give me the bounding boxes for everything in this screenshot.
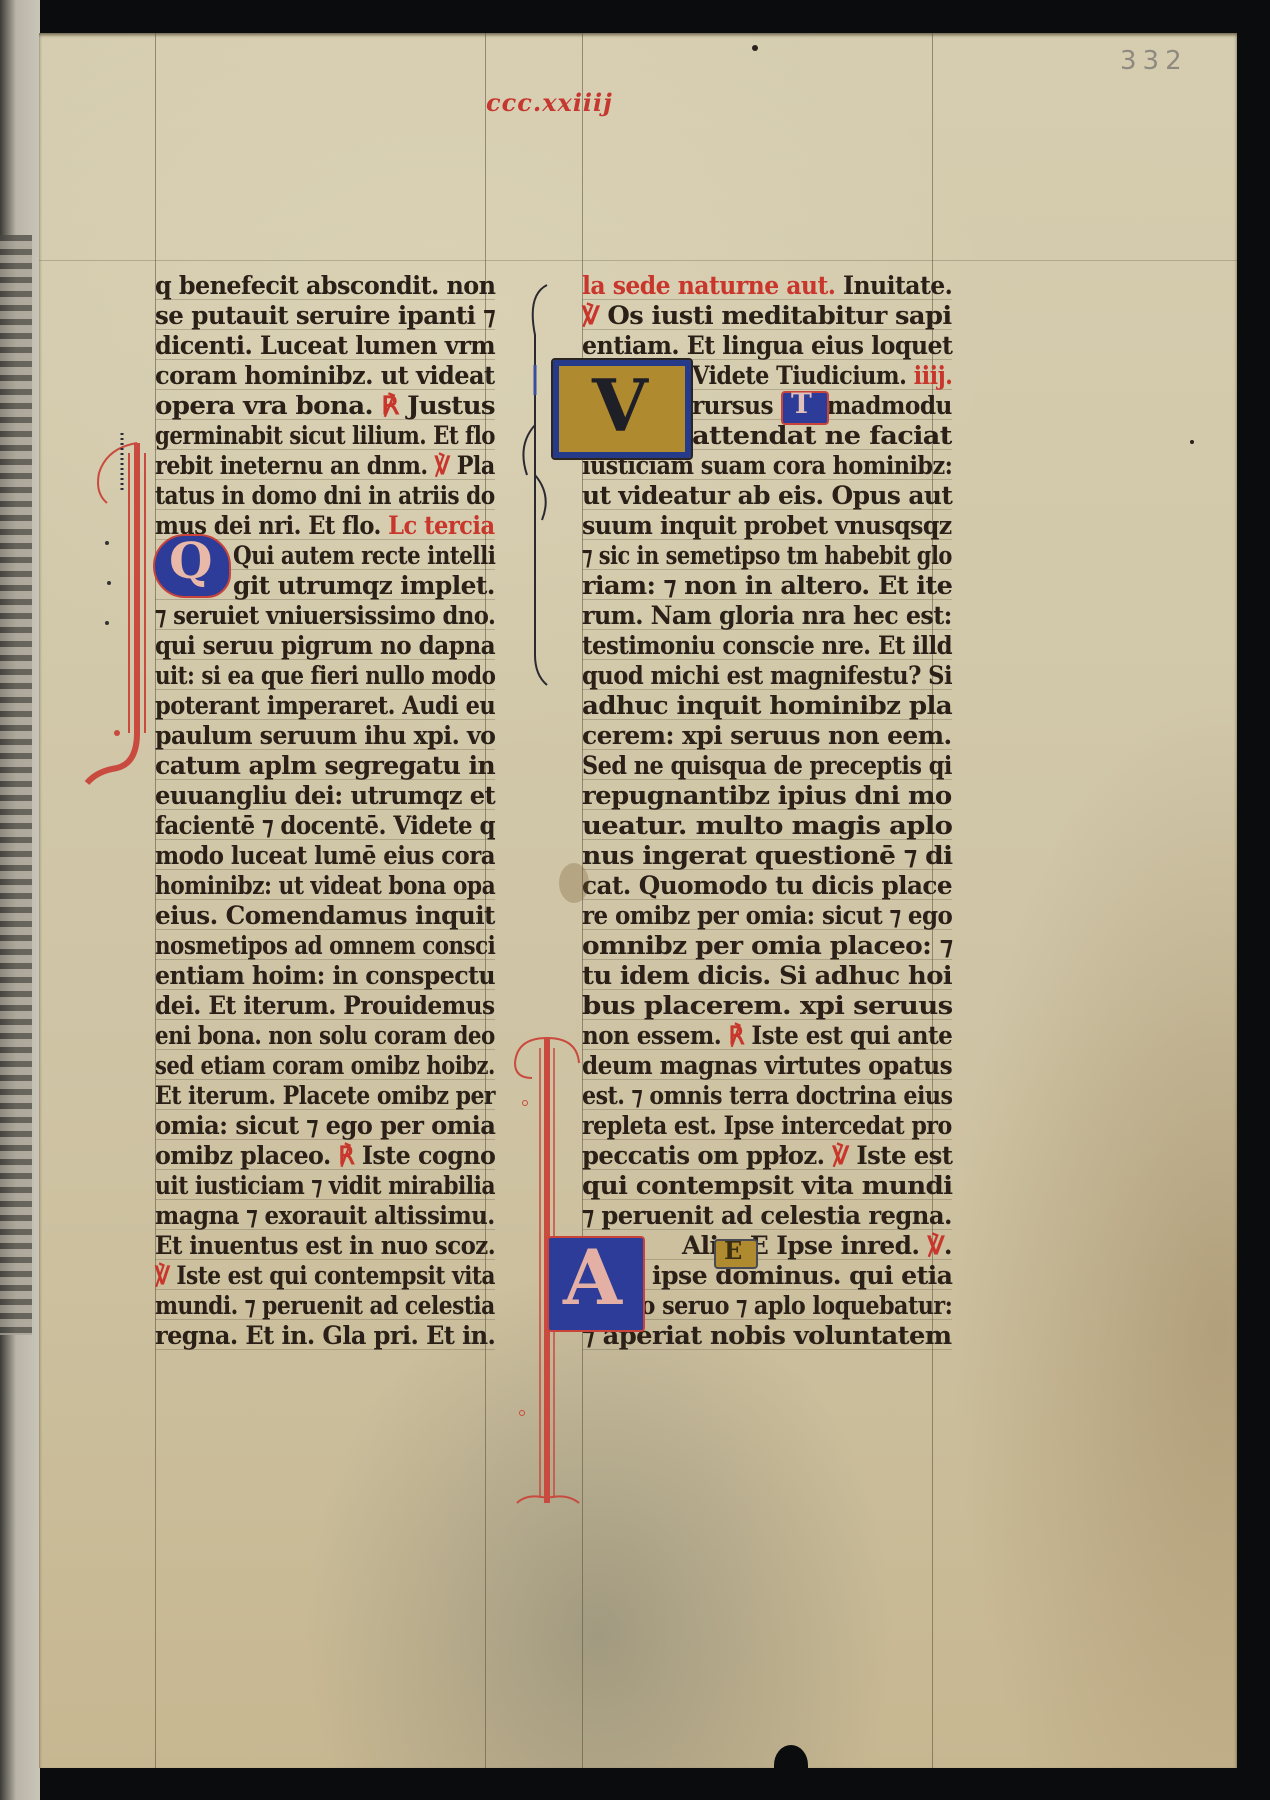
line-text: opera vra bona. — [155, 391, 381, 420]
line-text: ipse dominus. qui etia — [652, 1261, 952, 1290]
manuscript-line: ueatur. multo magis aplo — [582, 809, 952, 843]
manuscript-line: riam: ⁊ non in altero. Et ite — [582, 569, 952, 603]
line-text: omnibz per omia placeo: ⁊ — [582, 931, 952, 960]
line-text: poterant imperaret. Audi eu — [155, 691, 495, 720]
line-text: ⁊ seruiet vniuersissimo dno. — [155, 601, 495, 630]
manuscript-line: git utrumqz implet. — [233, 569, 495, 603]
manuscript-line: repleta est. Ipse intercedat pro — [582, 1109, 952, 1143]
rubric-mark: ℣ — [155, 1261, 169, 1290]
manuscript-line: suum inquit probet vnusqsqz — [582, 509, 952, 543]
ink-penwork-flourish-right — [517, 275, 557, 695]
line-text: se putauit seruire ipanti ⁊ — [155, 301, 495, 330]
line-text: suum inquit probet vnusqsqz — [582, 511, 952, 540]
manuscript-line: uit iusticiam ⁊ vidit mirabilia — [155, 1169, 495, 1203]
line-text: cerem: xpi seruus non eem. — [582, 721, 952, 750]
line-text: peccatis om ppłoz. — [582, 1141, 832, 1170]
manuscript-line: modo luceat lumē eius cora — [155, 839, 495, 873]
line-text: omia: sicut ⁊ ego per omia — [155, 1111, 495, 1140]
adjacent-folio-edge — [0, 0, 40, 1800]
line-text: tatus in domo dni in atriis do — [155, 481, 495, 510]
manuscript-line: Qui autem recte intelli — [233, 539, 495, 573]
manuscript-line: se putauit seruire ipanti ⁊ — [155, 299, 495, 333]
line-text: magna ⁊ exorauit altissimu. — [155, 1201, 495, 1230]
line-text: Sed ne quisqua de preceptis qi — [582, 751, 952, 780]
manuscript-line: paulum seruum ihu xpi. vo — [155, 719, 495, 753]
line-text: paulum seruum ihu xpi. vo — [155, 721, 495, 750]
manuscript-line: est. ⁊ omnis terra doctrina eius — [582, 1079, 952, 1113]
line-text: entiam. Et lingua eius loquet — [582, 331, 952, 360]
manuscript-line: Videte Tiudicium. iiij. — [692, 359, 952, 393]
manuscript-line: poterant imperaret. Audi eu — [155, 689, 495, 723]
line-text: modo luceat lumē eius cora — [155, 841, 495, 870]
initial-a-letter: A — [563, 1233, 622, 1322]
manuscript-line: omnibz per omia placeo: ⁊ — [582, 929, 952, 963]
manuscript-line: eni bona. non solu coram deo — [155, 1019, 495, 1053]
manuscript-line: Et iterum. Placete omibz per — [155, 1079, 495, 1113]
line-text: euuangliu dei: utrumqz et — [155, 781, 495, 810]
manuscript-line: dei. Et iterum. Prouidemus — [155, 989, 495, 1023]
line-text: . — [944, 1231, 952, 1260]
manuscript-line: re omibz per omia: sicut ⁊ ego — [582, 899, 952, 933]
manuscript-line: repugnantibz ipius dni mo — [582, 779, 952, 813]
running-head: ccc.xxiiij — [486, 88, 613, 117]
line-text: regna. Et in. Gla pri. Et in. — [155, 1321, 495, 1350]
line-text: ueatur. multo magis aplo — [582, 811, 952, 840]
manuscript-line: rebit ineternu an dnm. ℣ Pla — [155, 449, 495, 483]
line-text: attendat ne faciat — [692, 421, 952, 450]
line-text: Justus — [399, 391, 495, 420]
line-text: deum magnas virtutes opatus — [582, 1051, 952, 1080]
manuscript-line: ⁊ seruiet vniuersissimo dno. — [155, 599, 495, 633]
line-text: Videte Tiudicium. — [692, 361, 914, 390]
line-text: Qui autem recte intelli — [233, 541, 495, 570]
manuscript-line: deum magnas virtutes opatus — [582, 1049, 952, 1083]
line-text: cat. Quomodo tu dicis place — [582, 871, 952, 900]
manuscript-line: la sede naturne aut. Inuitate. — [582, 269, 952, 303]
manuscript-line: peccatis om ppłoz. ℣ Iste est — [582, 1139, 952, 1173]
line-text: mundi. ⁊ peruenit ad celestia — [155, 1291, 495, 1320]
manuscript-line: uit: si ea que fieri nullo modo — [155, 659, 495, 693]
manuscript-line: tu idem dicis. Si adhuc hoi — [582, 959, 952, 993]
line-text: dicenti. Luceat lumen vrm — [155, 331, 495, 360]
manuscript-line: facientē ⁊ docentē. Videte q — [155, 809, 495, 843]
line-text: repleta est. Ipse intercedat pro — [582, 1111, 952, 1140]
line-text: re omibz per omia: sicut ⁊ ego — [582, 901, 952, 930]
initial-v-letter: V — [592, 363, 648, 448]
line-text: uit: si ea que fieri nullo modo — [155, 661, 495, 690]
manuscript-line: ⁊ peruenit ad celestia regna. — [582, 1199, 952, 1233]
line-text: rebit ineternu an dnm. — [155, 451, 435, 480]
line-text: eius. Comendamus inquit — [155, 901, 495, 930]
rubric-mark: iiij. — [914, 361, 953, 390]
manuscript-line: Et inuentus est in nuo scoz. — [155, 1229, 495, 1263]
manuscript-line: omia: sicut ⁊ ego per omia — [155, 1109, 495, 1143]
manuscript-line: magna ⁊ exorauit altissimu. — [155, 1199, 495, 1233]
left-text-column: q benefecit abscondit. nonse putauit ser… — [155, 269, 495, 1349]
manuscript-line: cat. Quomodo tu dicis place — [582, 869, 952, 903]
line-text: Et iterum. Placete omibz per — [155, 1081, 495, 1110]
line-text: riam: ⁊ non in altero. Et ite — [582, 571, 952, 600]
manuscript-line: opera vra bona. ℟ Justus — [155, 389, 495, 423]
manuscript-line: entiam hoim: in conspectu — [155, 959, 495, 993]
manuscript-line: catum aplm segregatu in — [155, 749, 495, 783]
rubric-mark: Lc tercia — [388, 511, 494, 540]
line-text: uit iusticiam ⁊ vidit mirabilia — [155, 1171, 495, 1200]
manuscript-line: ℣ Os iusti meditabitur sapi — [582, 299, 952, 333]
rubric-mark: ℣ — [435, 451, 450, 480]
initial-e-letter: E — [724, 1236, 742, 1265]
manuscript-line: Sed ne quisqua de preceptis qi — [582, 749, 952, 783]
manuscript-line: regna. Et in. Gla pri. Et in. — [155, 1319, 495, 1353]
manuscript-line: euuangliu dei: utrumqz et — [155, 779, 495, 813]
line-text: Inuitate. — [835, 271, 952, 300]
line-text: repugnantibz ipius dni mo — [582, 781, 952, 810]
ruling-line — [39, 260, 1237, 261]
rubric-mark: ℣ — [927, 1231, 943, 1260]
manuscript-line: adhuc inquit hominibz pla — [582, 689, 952, 723]
rubric-mark: ℣ — [582, 301, 599, 330]
line-text: adhuc inquit hominibz pla — [582, 691, 952, 720]
line-text: testimoniu conscie nre. Et illd — [582, 631, 952, 660]
line-text: sed etiam coram omibz hoibz. — [155, 1051, 495, 1080]
rubric-mark: ℣ — [832, 1141, 848, 1170]
line-text: ⁊ sic in semetipso tm habebit glo — [582, 541, 952, 570]
manuscript-line: mundi. ⁊ peruenit ad celestia — [155, 1289, 495, 1323]
line-text: q benefecit abscondit. non — [155, 271, 495, 300]
line-text: catum aplm segregatu in — [155, 751, 495, 780]
manuscript-folio: 332 ccc.xxiiij q benefecit abscondit. no… — [39, 33, 1237, 1768]
line-text: eni bona. non solu coram deo — [155, 1021, 495, 1050]
line-text: coram hominibz. ut videat — [155, 361, 495, 390]
manuscript-line: testimoniu conscie nre. Et illd — [582, 629, 952, 663]
line-text: Iste est qui ante — [744, 1021, 952, 1050]
line-text: nus ingerat questionē ⁊ di — [582, 841, 952, 870]
rubric-mark: ℟ — [338, 1141, 354, 1170]
line-text: Iste cogno — [354, 1141, 495, 1170]
line-text: facientē ⁊ docentē. Videte q — [155, 811, 495, 840]
line-text: ⁊ peruenit ad celestia regna. — [582, 1201, 952, 1230]
line-text: omibz placeo. — [155, 1141, 338, 1170]
line-text: qui contempsit vita mundi — [582, 1171, 952, 1200]
page-tear — [774, 1745, 808, 1785]
manuscript-line: eius. Comendamus inquit — [155, 899, 495, 933]
manuscript-line: omibz placeo. ℟ Iste cogno — [155, 1139, 495, 1173]
line-text: tu idem dicis. Si adhuc hoi — [582, 961, 952, 990]
ink-speck — [752, 45, 758, 51]
manuscript-line: ⁊ sic in semetipso tm habebit glo — [582, 539, 952, 573]
manuscript-line: tatus in domo dni in atriis do — [155, 479, 495, 513]
rubric-mark: la sede naturne aut. — [582, 271, 835, 300]
initial-q-letter: Q — [169, 531, 213, 590]
manuscript-line: nosmetipos ad omnem consci — [155, 929, 495, 963]
red-penwork-flourish-left — [77, 433, 167, 803]
stain — [559, 863, 589, 903]
manuscript-line: ℣ Iste est qui contempsit vita — [155, 1259, 495, 1293]
initial-t-letter: T — [791, 387, 812, 420]
manuscript-line: non essem. ℟ Iste est qui ante — [582, 1019, 952, 1053]
line-text: quod michi est magnifestu? Si — [582, 661, 952, 690]
manuscript-line: quod michi est magnifestu? Si — [582, 659, 952, 693]
manuscript-line: coram hominibz. ut videat — [155, 359, 495, 393]
line-text: entiam hoim: in conspectu — [155, 961, 495, 990]
line-text: Pla — [450, 451, 495, 480]
line-text: Et inuentus est in nuo scoz. — [155, 1231, 495, 1260]
manuscript-line: ipse dominus. qui etia — [652, 1259, 952, 1293]
line-text: ut videatur ab eis. Opus aut — [582, 481, 952, 510]
line-text: hominibz: ut videat bona opa — [155, 871, 495, 900]
pencil-folio-number: 332 — [1120, 46, 1188, 76]
manuscript-line: nus ingerat questionē ⁊ di — [582, 839, 952, 873]
line-text: bus placerem. xpi seruus — [582, 991, 953, 1020]
rubric-mark: ℟ — [729, 1021, 744, 1050]
ink-speck — [1190, 440, 1194, 444]
manuscript-line: cerem: xpi seruus non eem. — [582, 719, 952, 753]
line-text: dei. Et iterum. Prouidemus — [155, 991, 495, 1020]
line-text: qui seruu pigrum no dapna — [155, 631, 495, 660]
adjacent-folio-text-stack — [0, 235, 32, 1335]
manuscript-line: sed etiam coram omibz hoibz. — [155, 1049, 495, 1083]
line-text: non essem. — [582, 1021, 729, 1050]
manuscript-line: bus placerem. xpi seruus — [582, 989, 953, 1023]
line-text: rum. Nam gloria nra hec est: — [582, 601, 952, 630]
line-text: Os iusti meditabitur sapi — [599, 301, 952, 330]
line-text: git utrumqz implet. — [233, 571, 495, 600]
manuscript-line: dicenti. Luceat lumen vrm — [155, 329, 495, 363]
line-text: nosmetipos ad omnem consci — [155, 931, 495, 960]
manuscript-line: rum. Nam gloria nra hec est: — [582, 599, 952, 633]
line-text: Iste est — [848, 1141, 952, 1170]
manuscript-line: ut videatur ab eis. Opus aut — [582, 479, 952, 513]
manuscript-line: qui seruu pigrum no dapna — [155, 629, 495, 663]
manuscript-line: qui contempsit vita mundi — [582, 1169, 952, 1203]
manuscript-line: hominibz: ut videat bona opa — [155, 869, 495, 903]
manuscript-line: q benefecit abscondit. non — [155, 269, 495, 303]
rubric-mark: ℟ — [381, 391, 398, 420]
line-text: est. ⁊ omnis terra doctrina eius — [582, 1081, 952, 1110]
line-text: Iste est qui contempsit vita — [169, 1261, 495, 1290]
line-text: germinabit sicut lilium. Et flo — [155, 421, 495, 450]
manuscript-line: germinabit sicut lilium. Et flo — [155, 419, 495, 453]
